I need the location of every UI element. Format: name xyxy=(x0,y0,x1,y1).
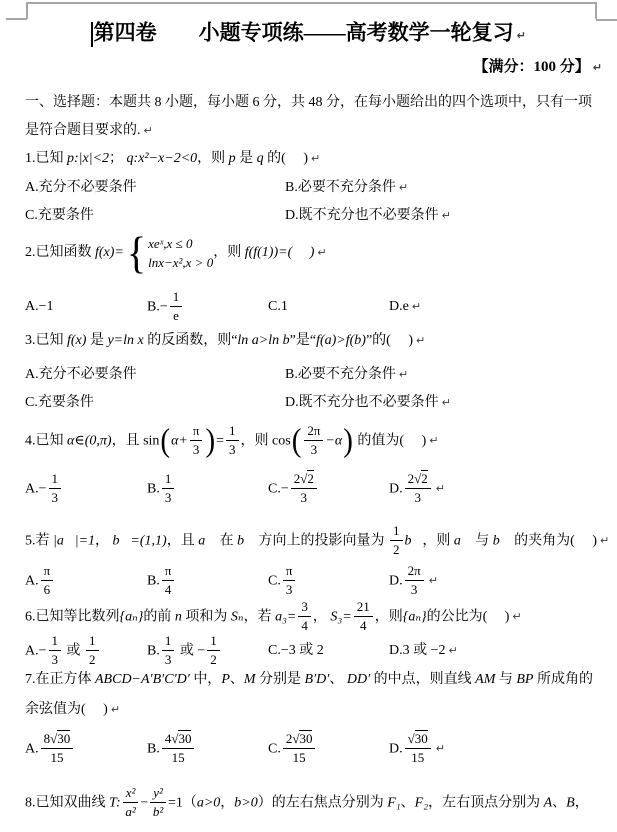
text-run: 是 xyxy=(86,333,107,348)
option-d: D.2√23↵ xyxy=(389,472,603,506)
option-c: C.1 xyxy=(268,297,389,317)
question-7-stem-line-2: 余弦值为( )↵ xyxy=(25,700,120,720)
radicand: 2 xyxy=(307,470,314,486)
exam-title: 第四卷 小题专项练——高考数学一轮复习↵ xyxy=(0,22,617,47)
question-8-stem: 8.已知双曲线 T:x²a²−y²b²=1（a>0，b>0）的左右焦点分别为 F… xyxy=(25,786,589,820)
math-run: F₁ xyxy=(387,795,400,810)
text-run: 的中点，则直线 xyxy=(370,672,475,687)
fraction-denominator: 3 xyxy=(304,441,323,458)
text-run: 的( ) xyxy=(264,151,308,166)
option-text: A.充分不必要条件 xyxy=(25,367,137,382)
option-text: C.充要条件 xyxy=(25,208,94,223)
math-run: Sₙ xyxy=(231,609,244,624)
option-c: C.充要条件 xyxy=(25,206,285,226)
fraction: 13 xyxy=(162,633,175,667)
math-run: a⃗ xyxy=(454,533,472,548)
math-run: AM xyxy=(475,672,495,687)
math-run: α+ xyxy=(171,433,188,448)
option-text: B.必要不充分条件 xyxy=(285,367,396,382)
option-d: D.e↵ xyxy=(389,297,603,317)
text-run: 、 xyxy=(401,795,415,810)
paragraph-mark-icon: ↵ xyxy=(449,644,458,657)
fraction-denominator: 3 xyxy=(291,489,317,506)
math-run: F₂ xyxy=(415,795,428,810)
fraction-denominator: 3 xyxy=(49,489,62,506)
fraction: 13 xyxy=(49,633,62,667)
text-run: 一、选择题：本题共 8 小题，每小题 6 分，共 48 分，在每小题给出的四个选… xyxy=(25,95,592,110)
option-b: B.−1e xyxy=(147,290,268,324)
fraction: 8√3015 xyxy=(41,731,74,765)
option-a: A.8√3015 xyxy=(25,732,147,766)
option-text: D.既不充分也不必要条件 xyxy=(285,208,439,223)
question-4-options: A.−13 B.13 C.−2√23 D.2√23↵ xyxy=(25,472,603,506)
fraction-denominator: 3 xyxy=(162,489,175,506)
page-margin-mark-right-shoulder xyxy=(596,19,617,21)
option-c: C.π3 xyxy=(268,564,389,598)
fraction: 12 xyxy=(207,633,220,667)
fraction-denominator: 2 xyxy=(390,541,403,558)
math-run: q xyxy=(257,151,264,166)
fraction: 12 xyxy=(390,523,403,557)
text-run: 的夹角为( ) xyxy=(511,533,597,548)
question-6-options: A.−13 或 12 B.13 或 −12 C.−3 或 2 D.3 或 −2↵ xyxy=(25,634,603,668)
math-run: A xyxy=(544,795,553,810)
math-run: b⃗ xyxy=(237,533,255,548)
option-b: B.π4 xyxy=(147,564,268,598)
math-run: M xyxy=(244,672,256,687)
fraction-numerator: 21 xyxy=(354,599,373,617)
paragraph-mark-icon: ↵ xyxy=(144,124,153,137)
text-run: 3.已知 xyxy=(25,333,67,348)
fraction-denominator: 3 xyxy=(283,581,296,598)
fraction-numerator: π xyxy=(190,423,203,441)
question-1-options-row-2: C.充要条件 D.既不充分也不必要条件↵ xyxy=(25,206,603,226)
fraction: 2√23 xyxy=(405,471,431,505)
question-7-stem-line-1: 7.在正方体 ABCD−A′B′C′D′ 中，P、M 分别是 B′D′、 DD′… xyxy=(25,670,593,690)
math-run: S₃= xyxy=(330,609,351,624)
right-paren-symbol: ) xyxy=(205,426,215,455)
fraction-numerator: π xyxy=(162,563,175,581)
option-label: A.− xyxy=(25,481,47,496)
fraction-numerator: 4√30 xyxy=(162,731,195,749)
question-1-stem: 1.已知 p:|x|<2； q:x²−x−2<0，则 p 是 q 的( )↵ xyxy=(25,149,320,169)
sqrt-icon: √ xyxy=(408,731,415,746)
text-run: ，则 xyxy=(213,245,245,260)
fraction-numerator: 3 xyxy=(298,599,311,617)
fraction-denominator: 6 xyxy=(41,581,54,598)
math-run: n xyxy=(175,609,182,624)
text-run: 7.在正方体 xyxy=(25,672,95,687)
option-text: C.−3 或 2 xyxy=(268,643,324,658)
text-run: 或 xyxy=(63,643,84,658)
option-label: D. xyxy=(389,573,403,588)
math-run: p:|x|<2 xyxy=(67,151,109,166)
text-run: 、 xyxy=(230,672,244,687)
fraction: 4√3015 xyxy=(162,731,195,765)
text-run: ”的( ) xyxy=(366,333,413,348)
option-text: A.−1 xyxy=(25,299,54,314)
math-run: cos xyxy=(272,433,291,448)
text-run: ， xyxy=(220,795,234,810)
text-run: 与 xyxy=(495,672,516,687)
text-run: 在 xyxy=(216,533,237,548)
fraction-numerator: 1 xyxy=(86,633,99,651)
text-run: 的反函数，则“ xyxy=(144,333,238,348)
option-label: D. xyxy=(389,741,403,756)
math-run: − xyxy=(140,795,148,810)
fraction-numerator: 2π xyxy=(304,423,323,441)
math-run: f(x)= xyxy=(95,245,124,260)
page-margin-mark-right-vertical xyxy=(595,2,597,19)
option-label: B. xyxy=(147,741,160,756)
option-text: D.既不充分也不必要条件 xyxy=(285,395,439,410)
math-run: B′D′ xyxy=(305,672,330,687)
question-6-stem: 6.已知等比数列{aₙ}的前 n 项和为 Sₙ，若 a₃=34， S₃=214，… xyxy=(25,600,522,634)
paragraph-mark-icon: ↵ xyxy=(311,152,320,165)
fraction: 2√23 xyxy=(291,471,317,505)
option-c: C.−3 或 2 xyxy=(268,641,389,661)
radicand: 30 xyxy=(178,730,191,746)
fraction: x²a² xyxy=(123,785,139,819)
text-run: 4.已知 xyxy=(25,433,67,448)
paragraph-mark-icon: ↵ xyxy=(442,396,451,409)
fraction-denominator: 15 xyxy=(283,749,316,766)
math-run: DD′ xyxy=(347,672,370,687)
question-4-stem: 4.已知 α∈(0,π)，且 sin(α+π3)=13，则 cos(2π3−α)… xyxy=(25,424,438,458)
option-text: C.1 xyxy=(268,299,288,314)
text-run: ， xyxy=(95,533,113,548)
fraction-denominator: 2 xyxy=(86,651,99,668)
option-text: C.充要条件 xyxy=(25,395,94,410)
math-run: P xyxy=(221,672,230,687)
option-d: D.3 或 −2↵ xyxy=(389,641,603,661)
math-run: f(x) xyxy=(67,333,86,348)
text-run: 8.已知双曲线 xyxy=(25,795,109,810)
question-2-stem: 2.已知函数 f(x)={xeˣ,x ≤ 0lnx−x²,x > 0，则 f(f… xyxy=(25,234,327,272)
fraction-numerator: π xyxy=(283,563,296,581)
option-label: D. xyxy=(389,481,403,496)
fraction-denominator: 3 xyxy=(405,581,424,598)
text-run: 的值为( ) xyxy=(354,433,426,448)
fraction: 13 xyxy=(49,471,62,505)
option-text: B.必要不充分条件 xyxy=(285,180,396,195)
fraction: 2π3 xyxy=(405,563,424,597)
option-d: D.2π3↵ xyxy=(389,564,603,598)
fraction-denominator: 4 xyxy=(162,581,175,598)
text-cursor xyxy=(91,22,93,47)
option-c: C.−2√23 xyxy=(268,472,389,506)
text-run: 、 xyxy=(329,672,347,687)
option-a: A.−1 xyxy=(25,297,147,317)
option-label: A.− xyxy=(25,643,47,658)
option-label: A. xyxy=(25,741,39,756)
paragraph-mark-icon: ↵ xyxy=(416,334,425,347)
option-b: B.13 xyxy=(147,472,268,506)
paragraph-mark-icon: ↵ xyxy=(429,574,438,587)
text-run: ，则 xyxy=(197,151,229,166)
text-run: 中， xyxy=(190,672,222,687)
fraction-numerator: 1 xyxy=(49,633,62,651)
question-5-options: A.π6 B.π4 C.π3 D.2π3↵ xyxy=(25,564,603,598)
fraction-numerator: π xyxy=(41,563,54,581)
math-run: T: xyxy=(109,795,121,810)
text-run: 或 − xyxy=(176,643,205,658)
math-run: q:x²−x−2<0 xyxy=(127,151,198,166)
paragraph-mark-icon: ↵ xyxy=(436,742,445,755)
question-3-stem: 3.已知 f(x) 是 y=ln x 的反函数，则“ln a>ln b”是“f(… xyxy=(25,331,425,351)
paragraph-mark-icon: ↵ xyxy=(317,246,326,259)
fraction-numerator: 2√2 xyxy=(291,471,317,489)
option-label: B. xyxy=(147,643,160,658)
option-label: B.− xyxy=(147,299,168,314)
piecewise-cases: xeˣ,x ≤ 0lnx−x²,x > 0 xyxy=(148,234,213,272)
fraction-numerator: 1 xyxy=(170,289,183,307)
text-run: 余弦值为( ) xyxy=(25,702,108,717)
fraction-numerator: 1 xyxy=(162,471,175,489)
fraction-numerator: 1 xyxy=(207,633,220,651)
fraction: 12 xyxy=(86,633,99,667)
math-run: b>0 xyxy=(234,795,257,810)
math-run: f(a)>f(b) xyxy=(316,333,366,348)
paragraph-mark-icon: ↵ xyxy=(593,61,602,74)
math-run: {aₙ} xyxy=(403,609,427,624)
paragraph-mark-icon: ↵ xyxy=(111,703,120,716)
paragraph-mark-icon: ↵ xyxy=(399,368,408,381)
radicand: 30 xyxy=(57,730,70,746)
option-text: A.充分不必要条件 xyxy=(25,180,137,195)
math-run: b⃗ xyxy=(493,533,511,548)
paragraph-mark-icon: ↵ xyxy=(399,181,408,194)
math-run: a⃗ xyxy=(198,533,216,548)
math-run: ln a>ln b xyxy=(237,333,289,348)
option-c: C.充要条件 xyxy=(25,393,285,413)
math-run: a>0 xyxy=(197,795,220,810)
case-2: lnx−x²,x > 0 xyxy=(148,253,213,272)
text-run: ，则 xyxy=(422,533,454,548)
math-run: b⃗ xyxy=(405,533,423,548)
fraction-numerator: 2√2 xyxy=(405,471,431,489)
full-score-text: 【满分：100 分】 xyxy=(474,59,590,75)
paragraph-mark-icon: ↵ xyxy=(412,300,421,313)
paragraph-mark-icon: ↵ xyxy=(442,209,451,222)
math-run: α∈(0,π) xyxy=(67,433,112,448)
question-7-options: A.8√3015 B.4√3015 C.2√3015 D.√3015↵ xyxy=(25,732,603,766)
text-run: 是 xyxy=(236,151,257,166)
option-text: D.e xyxy=(389,299,409,314)
fraction-numerator: √30 xyxy=(405,731,431,749)
radicand: 30 xyxy=(299,730,312,746)
fraction-numerator: x² xyxy=(123,785,139,803)
text-run: 方向上的投影向量为 xyxy=(255,533,388,548)
text-run: 6.已知等比数列 xyxy=(25,609,120,624)
math-run: −α xyxy=(325,433,342,448)
fraction: 2π3 xyxy=(304,423,323,457)
fraction-denominator: 3 xyxy=(162,651,175,668)
fraction: 34 xyxy=(298,599,311,633)
option-a: A.π6 xyxy=(25,564,147,598)
paragraph-mark-icon: ↵ xyxy=(517,29,526,42)
text-run: ， xyxy=(313,609,331,624)
fraction: π6 xyxy=(41,563,54,597)
option-label: A. xyxy=(25,573,39,588)
text-run: ； xyxy=(109,151,127,166)
fraction: y²b² xyxy=(150,785,166,819)
math-run: =1 xyxy=(168,795,183,810)
full-score-note: 【满分：100 分】↵ xyxy=(474,57,602,78)
paragraph-mark-icon: ↵ xyxy=(512,610,521,623)
fraction-numerator: 2√30 xyxy=(283,731,316,749)
left-paren-symbol: ( xyxy=(160,426,170,455)
math-run: b⃗=(1,1) xyxy=(113,533,167,548)
text-run: ”是“ xyxy=(290,333,316,348)
fraction-numerator: 8√30 xyxy=(41,731,74,749)
fraction-denominator: b² xyxy=(150,803,166,820)
fraction-numerator: 2π xyxy=(405,563,424,581)
fraction: 13 xyxy=(226,423,239,457)
radicand: 30 xyxy=(415,730,428,746)
text-run: 所成角的 xyxy=(533,672,593,687)
option-text: D.3 或 −2 xyxy=(389,643,446,658)
section-intro-line-1: 一、选择题：本题共 8 小题，每小题 6 分，共 48 分，在每小题给出的四个选… xyxy=(25,93,592,113)
paragraph-mark-icon: ↵ xyxy=(600,534,609,547)
text-run: 、 xyxy=(552,795,566,810)
option-a: A.充分不必要条件 xyxy=(25,178,285,198)
text-run: 2.已知函数 xyxy=(25,245,95,260)
option-label: B. xyxy=(147,481,160,496)
math-run: y=ln x xyxy=(107,333,143,348)
fraction-numerator: 1 xyxy=(162,633,175,651)
exam-title-text: 第四卷 小题专项练——高考数学一轮复习 xyxy=(94,20,514,44)
text-run: ，若 xyxy=(244,609,276,624)
text-run: ，则 xyxy=(375,609,403,624)
option-label: C. xyxy=(268,741,281,756)
text-run: ，且 xyxy=(167,533,199,548)
fraction-denominator: e xyxy=(170,307,183,324)
page-margin-mark-top xyxy=(26,2,596,4)
option-c: C.2√3015 xyxy=(268,732,389,766)
text-run: 的公比为( ) xyxy=(427,609,510,624)
section-intro-line-2: 是符合题目要求的.↵ xyxy=(25,121,153,141)
math-run: ABCD−A′B′C′D′ xyxy=(95,672,190,687)
option-a: A.−13 或 12 xyxy=(25,634,147,668)
question-3-options-row-1: A.充分不必要条件 B.必要不充分条件↵ xyxy=(25,365,603,385)
fraction-denominator: 3 xyxy=(405,489,431,506)
math-run: BP xyxy=(516,672,533,687)
math-run: a₃= xyxy=(275,609,296,624)
fraction-denominator: a² xyxy=(123,803,139,820)
question-2-options: A.−1 B.−1e C.1 D.e↵ xyxy=(25,290,603,324)
fraction: 2√3015 xyxy=(283,731,316,765)
fraction-numerator: 1 xyxy=(390,523,403,541)
fraction: π4 xyxy=(162,563,175,597)
right-paren-symbol: ) xyxy=(343,426,353,455)
text-run: 的前 xyxy=(143,609,175,624)
text-run: ，则 xyxy=(241,433,273,448)
fraction-denominator: 15 xyxy=(162,749,195,766)
option-d: D.既不充分也不必要条件↵ xyxy=(285,393,603,413)
text-run: ， xyxy=(575,795,589,810)
document-page: 第四卷 小题专项练——高考数学一轮复习↵ 【满分：100 分】↵ 一、选择题：本… xyxy=(0,0,617,832)
option-b: B.必要不充分条件↵ xyxy=(285,365,603,385)
option-label: C. xyxy=(268,573,281,588)
option-b: B.必要不充分条件↵ xyxy=(285,178,603,198)
fraction-denominator: 4 xyxy=(354,617,373,634)
option-label: C.− xyxy=(268,481,289,496)
fraction: 13 xyxy=(162,471,175,505)
fraction-denominator: 15 xyxy=(405,749,431,766)
fraction-denominator: 3 xyxy=(190,441,203,458)
text-run: 是符合题目要求的. xyxy=(25,123,141,138)
left-brace-symbol: { xyxy=(127,233,146,273)
math-run: {aₙ} xyxy=(120,609,144,624)
fraction: √3015 xyxy=(405,731,431,765)
math-run: |a⃗|=1 xyxy=(53,533,95,548)
text-run: ，且 xyxy=(112,433,144,448)
fraction-numerator: 1 xyxy=(226,423,239,441)
fraction: 1e xyxy=(170,289,183,323)
question-1-options-row-1: A.充分不必要条件 B.必要不充分条件↵ xyxy=(25,178,603,198)
option-d: D.既不充分也不必要条件↵ xyxy=(285,206,603,226)
paragraph-mark-icon: ↵ xyxy=(429,434,438,447)
option-b: B.4√3015 xyxy=(147,732,268,766)
fraction: π3 xyxy=(190,423,203,457)
fraction: π3 xyxy=(283,563,296,597)
math-run: = xyxy=(216,433,224,448)
text-run: ）的左右焦点分别为 xyxy=(258,795,388,810)
math-run: p xyxy=(229,151,236,166)
fraction-denominator: 4 xyxy=(298,617,311,634)
case-1: xeˣ,x ≤ 0 xyxy=(148,234,213,253)
radicand: 2 xyxy=(421,470,428,486)
math-run: B xyxy=(566,795,575,810)
text-run: 1.已知 xyxy=(25,151,67,166)
text-run: ，左右顶点分别为 xyxy=(428,795,544,810)
math-run: f(f(1))=( ) xyxy=(245,245,315,260)
question-3-options-row-2: C.充要条件 D.既不充分也不必要条件↵ xyxy=(25,393,603,413)
math-run: sin xyxy=(143,433,159,448)
fraction-numerator: y² xyxy=(150,785,166,803)
text-run: 5.若 xyxy=(25,533,53,548)
fraction-denominator: 3 xyxy=(49,651,62,668)
fraction-denominator: 2 xyxy=(207,651,220,668)
option-label: B. xyxy=(147,573,160,588)
text-run: （ xyxy=(183,795,197,810)
option-b: B.13 或 −12 xyxy=(147,634,268,668)
text-run: 与 xyxy=(472,533,493,548)
fraction-numerator: 1 xyxy=(49,471,62,489)
fraction-denominator: 3 xyxy=(226,441,239,458)
left-paren-symbol: ( xyxy=(292,426,302,455)
fraction-denominator: 15 xyxy=(41,749,74,766)
fraction: 214 xyxy=(354,599,373,633)
question-5-stem: 5.若 |a⃗|=1， b⃗=(1,1)，且 a⃗ 在 b⃗ 方向上的投影向量为… xyxy=(25,524,609,558)
page-margin-mark-left-shoulder xyxy=(6,18,27,20)
text-run: 分别是 xyxy=(256,672,305,687)
option-a: A.−13 xyxy=(25,472,147,506)
page-margin-mark-left-vertical xyxy=(26,2,28,19)
option-d: D.√3015↵ xyxy=(389,732,603,766)
option-a: A.充分不必要条件 xyxy=(25,365,285,385)
paragraph-mark-icon: ↵ xyxy=(436,482,445,495)
text-run: 项和为 xyxy=(182,609,231,624)
